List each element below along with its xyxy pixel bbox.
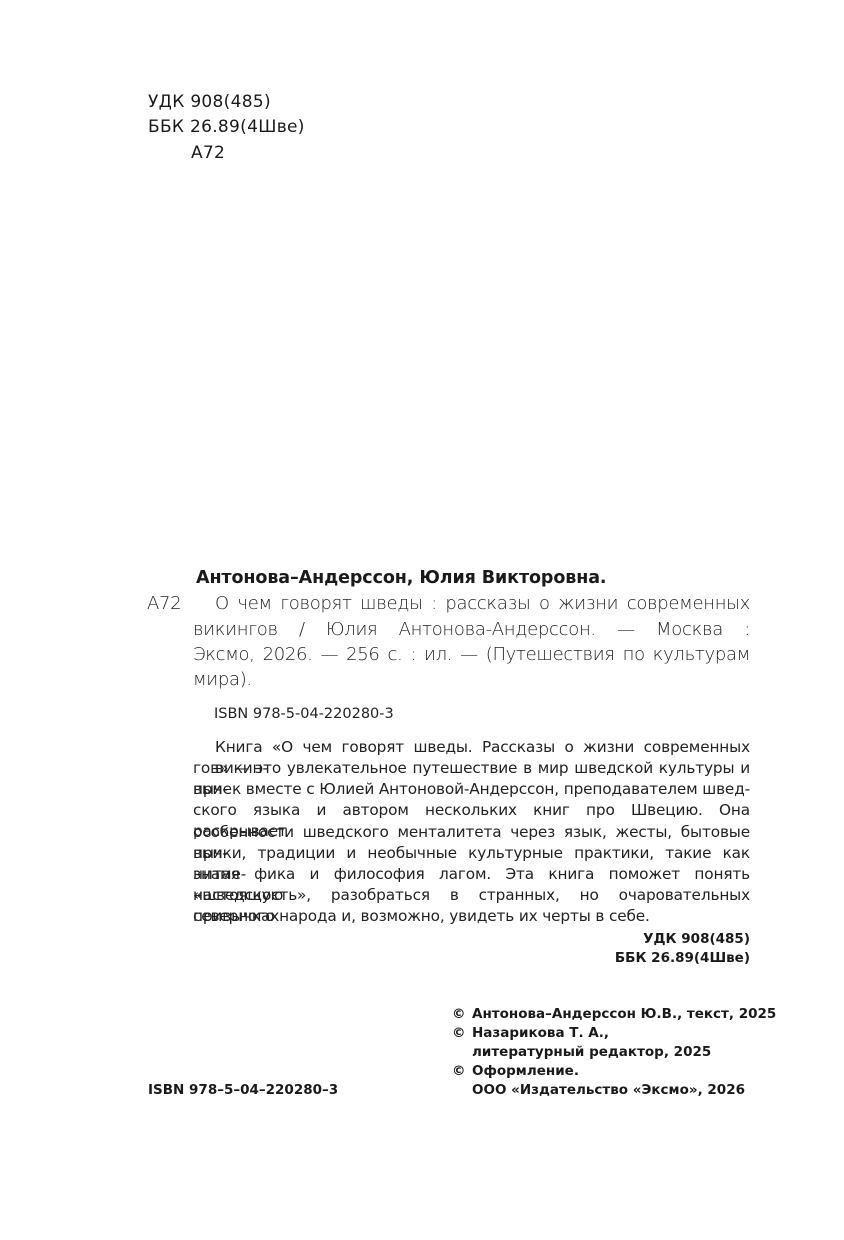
copyright-design: ©Оформление. [452,1061,579,1081]
annotation-line: вычек вместе с Юлией Антоновой-Андерссон… [193,779,750,800]
entry-title-line-1: О чем говорят шведы : рассказы о жизни с… [215,592,750,616]
entry-title-line-4: мира). [193,668,252,692]
copyright-icon: © [452,1023,472,1043]
author-heading: Антонова–Андерссон, Юлия Викторовна. [196,566,606,590]
author-mark: А72 [147,592,181,616]
udk-code-top: УДК 908(485) [148,90,271,115]
copyright-publisher: ООО «Издательство «Эксмо», 2026 [472,1080,745,1100]
copyright-text: Оформление. [472,1063,579,1079]
copyright-editor-role: литературный редактор, 2025 [472,1042,711,1062]
annotation-line: северного народа и, возможно, увидеть их… [193,906,650,927]
isbn-entry: ISBN 978-5-04-220280-3 [214,704,394,724]
copyright-text: Антонова–Андерссон Ю.В., текст, 2025 [472,1006,776,1022]
isbn-footer: ISBN 978–5–04–220280–3 [148,1080,338,1100]
copyright-icon: © [452,1061,472,1081]
entry-title-line-2: викингов / Юлия Антонова-Андерссон. — Мо… [193,618,750,642]
copyright-editor: ©Назарикова Т. А., [452,1023,609,1043]
copyright-text: Назарикова Т. А., [472,1025,609,1041]
copyright-icon: © [452,1004,472,1024]
copyright-author: ©Антонова–Андерссон Ю.В., текст, 2025 [452,1004,776,1024]
entry-title-line-3: Эксмо, 2026. — 256 с. : ил. — (Путешеств… [193,643,750,667]
udk-code-bottom: УДК 908(485) [643,929,750,949]
bbk-code-top: ББК 26.89(4Шве) [148,115,305,140]
author-mark-top: А72 [191,141,225,166]
bbk-code-bottom: ББК 26.89(4Шве) [615,948,750,968]
